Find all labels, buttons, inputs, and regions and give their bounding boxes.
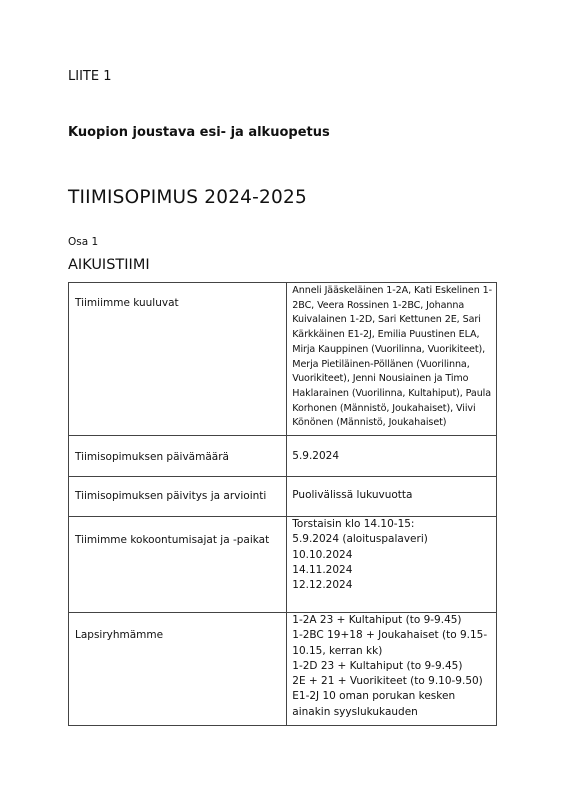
row-value-cell: Puolivälissä lukuvuotta xyxy=(287,477,497,517)
value-line: Vuorikiteet), Jenni Nousiainen ja Timo xyxy=(292,372,492,387)
value-line: 1-2A 23 + Kultahiput (to 9-9.45) xyxy=(292,613,492,628)
value-line: 10.15, kerran kk) xyxy=(292,644,492,659)
row-label-cell: Lapsiryhmämme xyxy=(69,613,287,726)
row-label: Tiimisopimuksen päivämäärä xyxy=(75,451,286,463)
row-label: Tiimimme kokoontumisajat ja -paikat xyxy=(75,534,286,546)
value-line: 10.10.2024 xyxy=(292,548,492,563)
value-line: 2BC, Veera Rossinen 1-2BC, Johanna xyxy=(292,299,492,314)
team-agreement-table: Tiimiimme kuuluvat Anneli Jääskeläinen 1… xyxy=(68,282,497,726)
value-line: 5.9.2024 xyxy=(292,449,492,464)
value-line: Kuivalainen 1-2D, Sari Kettunen 2E, Sari xyxy=(292,313,492,328)
row-value-cell: 1-2A 23 + Kultahiput (to 9-9.45) 1-2BC 1… xyxy=(287,613,497,726)
value-line: Mirja Kauppinen (Vuorilinna, Vuorikiteet… xyxy=(292,343,492,358)
section-heading: AIKUISTIIMI xyxy=(68,257,150,273)
row-value-cell: Anneli Jääskeläinen 1-2A, Kati Eskelinen… xyxy=(287,283,497,436)
value-line: 2E + 21 + Vuorikiteet (to 9.10-9.50) xyxy=(292,674,492,689)
row-label-cell: Tiimisopimuksen päivitys ja arviointi xyxy=(69,477,287,517)
table-row-update: Tiimisopimuksen päivitys ja arviointi Pu… xyxy=(69,477,497,517)
part-label: Osa 1 xyxy=(68,236,98,248)
table-row-meetings: Tiimimme kokoontumisajat ja -paikat Tors… xyxy=(69,517,497,613)
table-row-members: Tiimiimme kuuluvat Anneli Jääskeläinen 1… xyxy=(69,283,497,436)
document-subtitle: Kuopion joustava esi- ja alkuopetus xyxy=(68,125,330,140)
table-row-date: Tiimisopimuksen päivämäärä 5.9.2024 xyxy=(69,436,497,477)
value-line: 1-2D 23 + Kultahiput (to 9-9.45) xyxy=(292,659,492,674)
value-line: Haklarainen (Vuorilinna, Kultahiput), Pa… xyxy=(292,387,492,402)
value-line: Torstaisin klo 14.10-15: xyxy=(292,517,492,532)
value-line: Anneli Jääskeläinen 1-2A, Kati Eskelinen… xyxy=(292,284,492,299)
value-line: Könönen (Männistö, Joukahaiset) xyxy=(292,416,492,431)
row-label: Tiimiimme kuuluvat xyxy=(75,297,286,309)
value-line: ainakin syyslukukauden xyxy=(292,705,492,720)
table-row-groups: Lapsiryhmämme 1-2A 23 + Kultahiput (to 9… xyxy=(69,613,497,726)
value-line: 1-2BC 19+18 + Joukahaiset (to 9.15- xyxy=(292,628,492,643)
row-label: Lapsiryhmämme xyxy=(75,629,286,641)
appendix-label: LIITE 1 xyxy=(68,69,111,84)
value-line: Merja Pietiläinen-Pöllänen (Vuorilinna, xyxy=(292,358,492,373)
value-line: Puolivälissä lukuvuotta xyxy=(292,488,492,503)
value-line: 5.9.2024 (aloituspalaveri) xyxy=(292,532,492,547)
row-value-cell: 5.9.2024 xyxy=(287,436,497,477)
row-label-cell: Tiimiimme kuuluvat xyxy=(69,283,287,436)
value-line: Kärkkäinen E1-2J, Emilia Puustinen ELA, xyxy=(292,328,492,343)
row-label: Tiimisopimuksen päivitys ja arviointi xyxy=(75,490,286,502)
value-line: 14.11.2024 xyxy=(292,563,492,578)
value-line: Korhonen (Männistö, Joukahaiset), Viivi xyxy=(292,402,492,417)
document-title: TIIMISOPIMUS 2024-2025 xyxy=(68,187,307,208)
row-value-cell: Torstaisin klo 14.10-15: 5.9.2024 (aloit… xyxy=(287,517,497,613)
value-line: 12.12.2024 xyxy=(292,578,492,593)
row-label-cell: Tiimimme kokoontumisajat ja -paikat xyxy=(69,517,287,613)
value-line: E1-2J 10 oman porukan kesken xyxy=(292,689,492,704)
row-label-cell: Tiimisopimuksen päivämäärä xyxy=(69,436,287,477)
